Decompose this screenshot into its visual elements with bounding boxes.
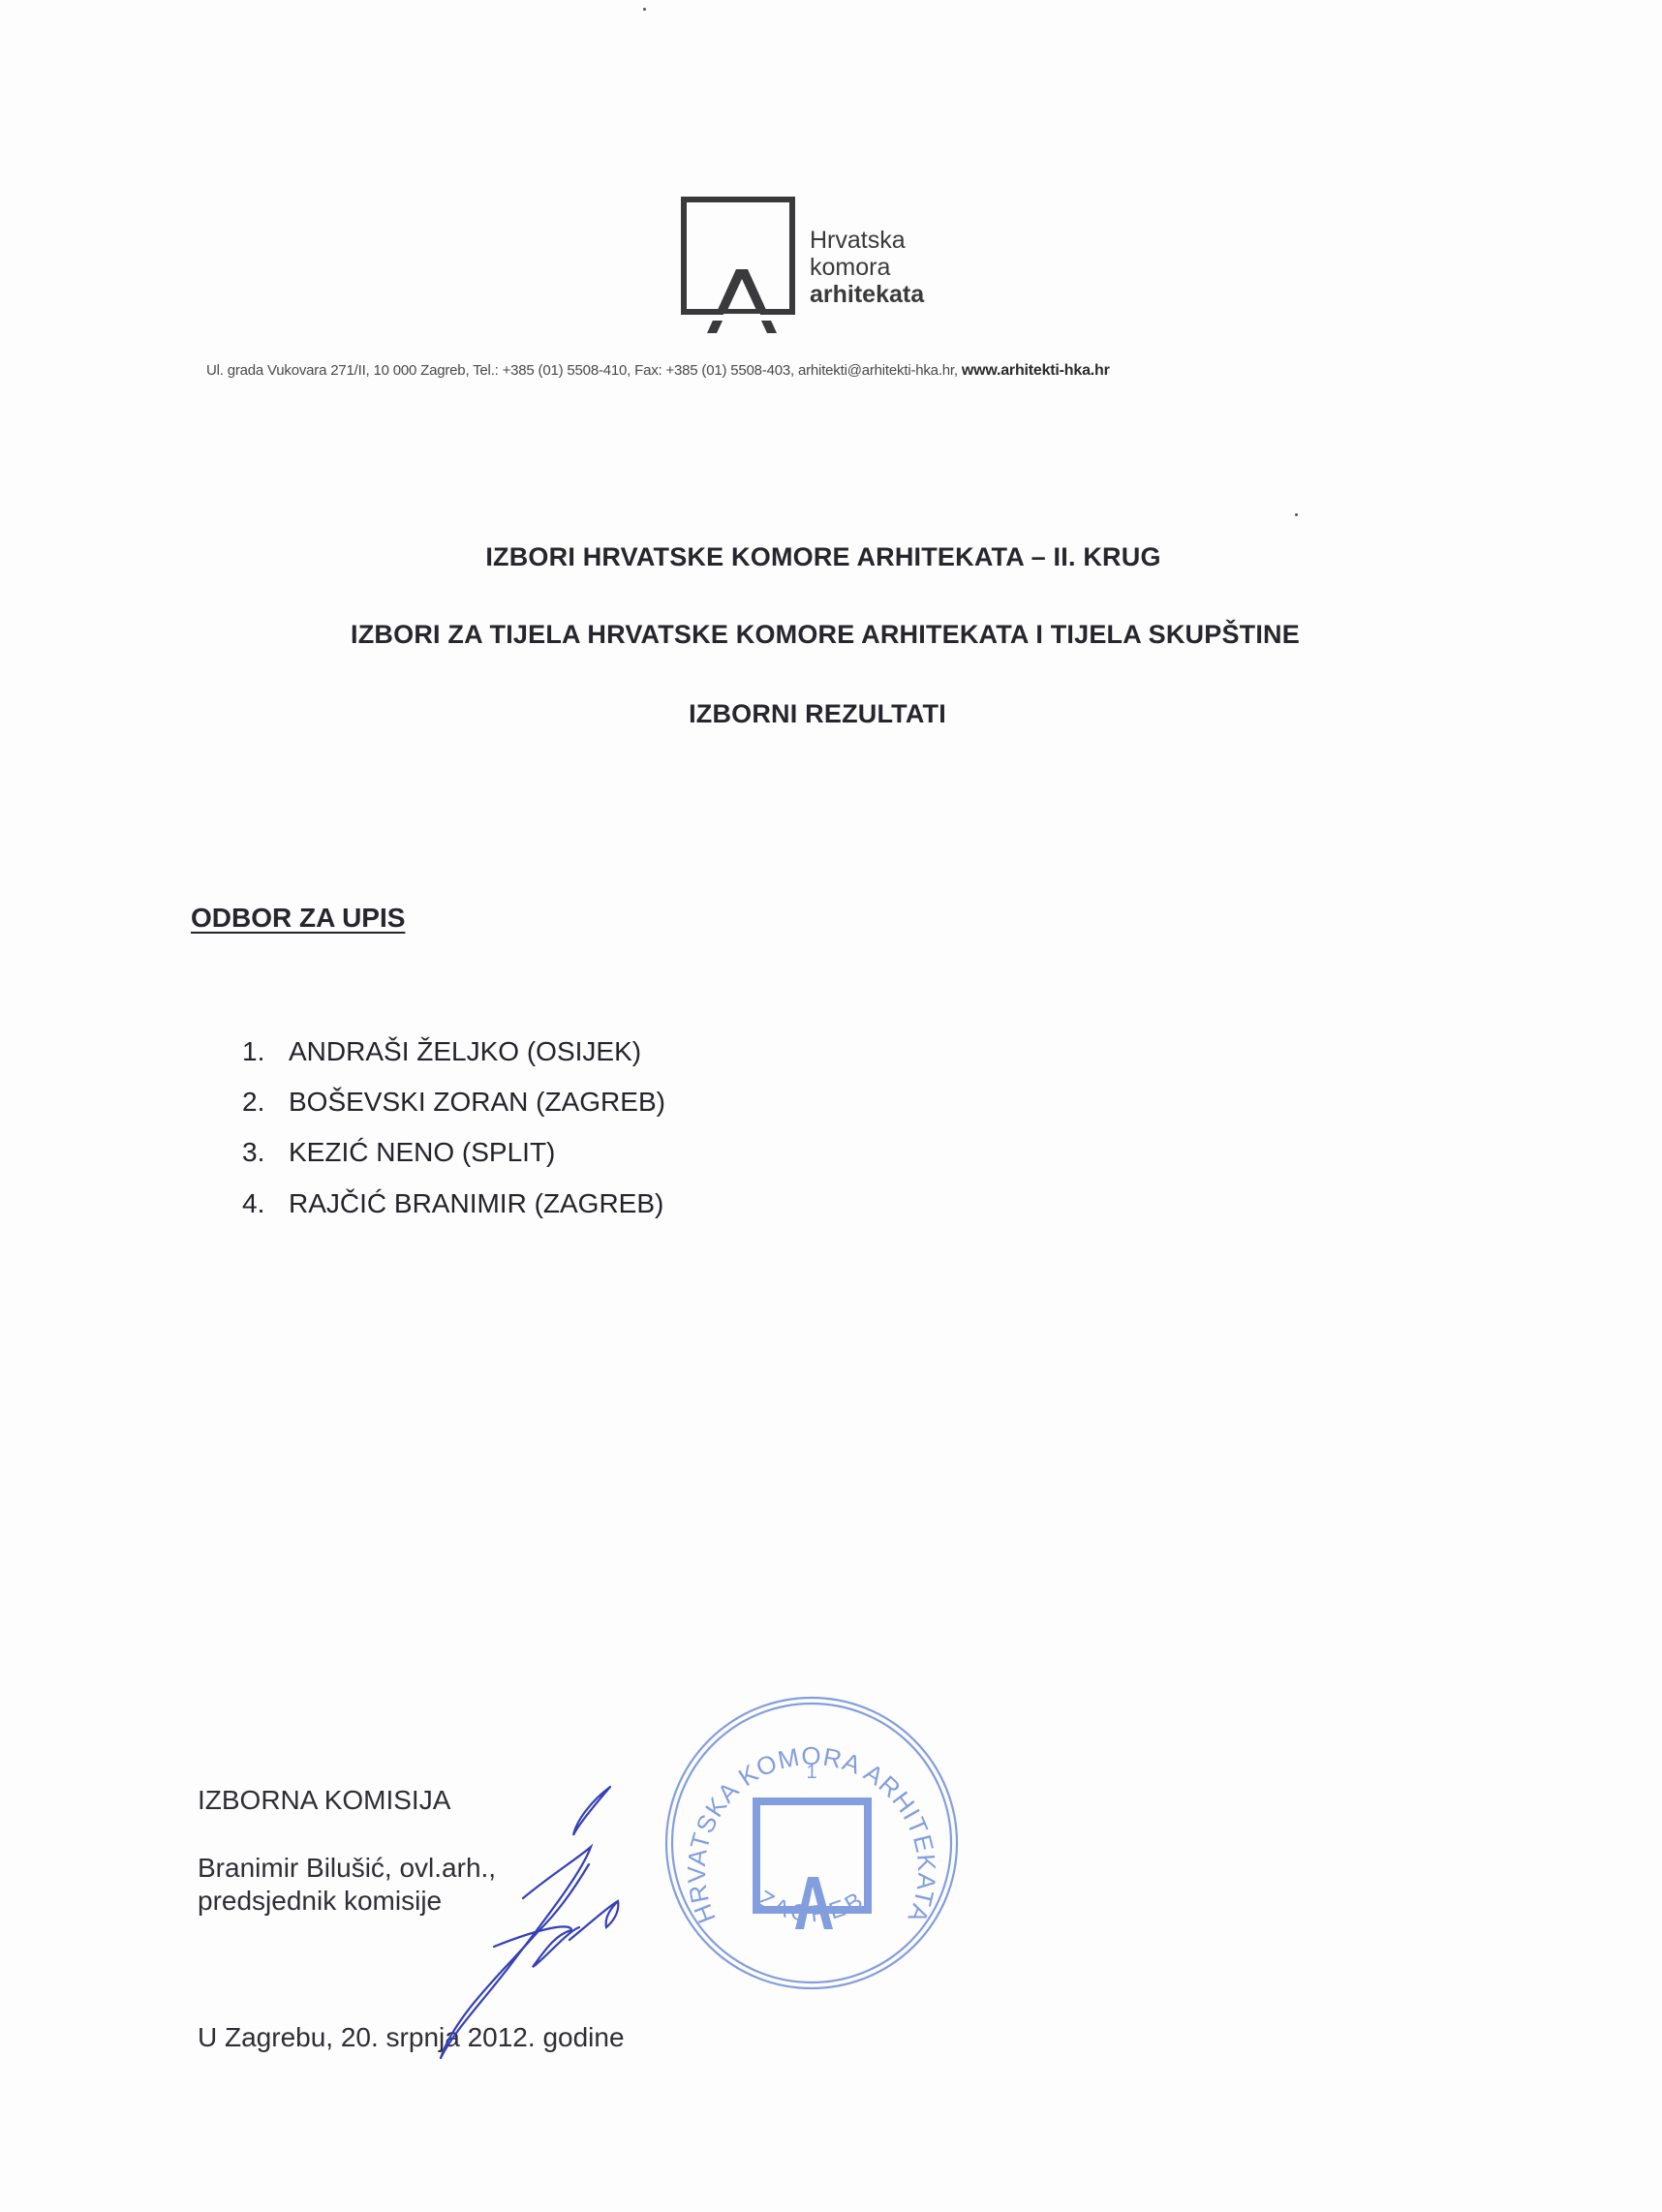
svg-text:ZAGREB: ZAGREB	[753, 1886, 870, 1927]
stamp-number: 1	[806, 1762, 816, 1783]
list-number: 4.	[242, 1188, 289, 1219]
list-item: 4.RAJČIĆ BRANIMIR (ZAGREB)	[242, 1188, 663, 1219]
results-heading: IZBORNI REZULTATI	[0, 699, 1648, 729]
logo-text: Hrvatska komora arhitekata	[810, 227, 924, 308]
official-stamp: HRVATSKA KOMORA ARHITEKATA 1 ZAGREB	[662, 1693, 962, 1993]
address-text: Ul. grada Vukovara 271/II, 10 000 Zagreb…	[206, 362, 958, 379]
logo-line-1: Hrvatska	[810, 227, 924, 254]
list-item: 3.KEZIĆ NENO (SPLIT)	[242, 1137, 555, 1168]
scan-speck	[1295, 513, 1298, 516]
title-heading: IZBORI HRVATSKE KOMORE ARHITEKATA – II. …	[0, 542, 1654, 572]
handwritten-signature	[349, 1777, 639, 2068]
list-text: ANDRAŠI ŽELJKO (OSIJEK)	[289, 1036, 641, 1066]
list-item: 2.BOŠEVSKI ZORAN (ZAGREB)	[242, 1087, 665, 1118]
website-link[interactable]: www.arhitekti-hka.hr	[962, 362, 1110, 379]
stamp-city: ZAGREB	[753, 1886, 870, 1927]
letterhead-address: Ul. grada Vukovara 271/II, 10 000 Zagreb…	[206, 362, 1110, 380]
scan-speck	[643, 8, 646, 11]
list-item: 1.ANDRAŠI ŽELJKO (OSIJEK)	[242, 1036, 641, 1067]
logo-line-2: komora	[810, 254, 924, 281]
list-text: BOŠEVSKI ZORAN (ZAGREB)	[289, 1087, 665, 1117]
list-text: KEZIĆ NENO (SPLIT)	[289, 1137, 555, 1167]
list-number: 1.	[242, 1036, 289, 1067]
subtitle-heading: IZBORI ZA TIJELA HRVATSKE KOMORE ARHITEK…	[0, 620, 1656, 650]
section-title: ODBOR ZA UPIS	[191, 903, 405, 934]
list-number: 3.	[242, 1137, 289, 1168]
logo-line-3: arhitekata	[810, 281, 924, 308]
list-text: RAJČIĆ BRANIMIR (ZAGREB)	[289, 1188, 663, 1218]
logo-a-icon	[703, 269, 781, 333]
list-number: 2.	[242, 1087, 289, 1118]
